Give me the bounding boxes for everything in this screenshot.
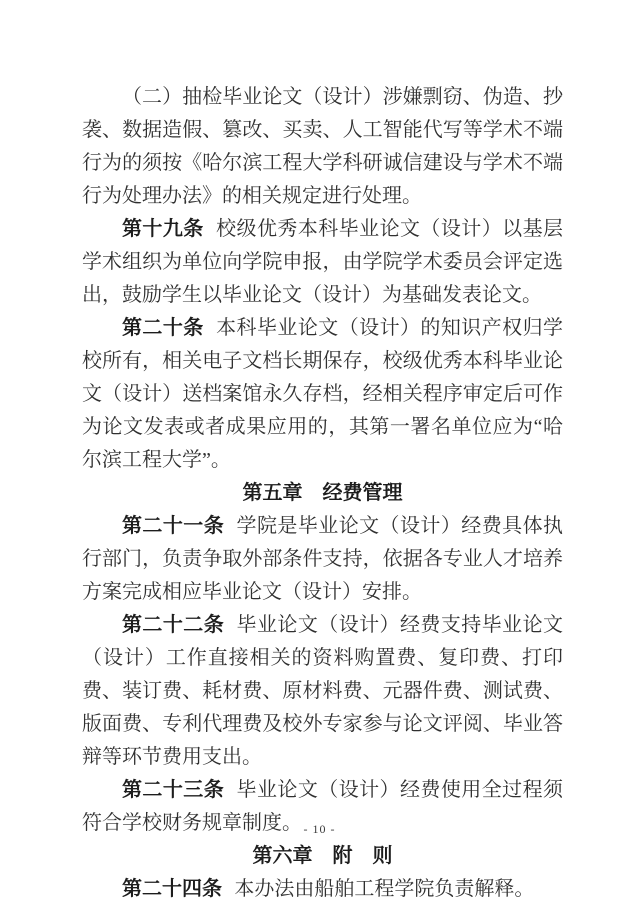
article-21: 第二十一条学院是毕业论文（设计）经费具体执行部门，负责争取外部条件支持，依据各专… — [82, 510, 563, 609]
clause-item-2: （二）抽检毕业论文（设计）涉嫌剽窃、伪造、抄袭、数据造假、篡改、买卖、人工智能代… — [82, 81, 563, 213]
article-24-text: 本办法由船舶工程学院负责解释。 — [234, 878, 534, 900]
clause-text: （二）抽检毕业论文（设计）涉嫌剽窃、伪造、抄袭、数据造假、篡改、买卖、人工智能代… — [82, 86, 563, 207]
article-22: 第二十二条毕业论文（设计）经费支持毕业论文（设计）工作直接相关的资料购置费、复印… — [82, 609, 563, 774]
article-21-number: 第二十一条 — [122, 515, 224, 537]
article-24-number: 第二十四条 — [122, 878, 222, 900]
article-23-number: 第二十三条 — [122, 779, 224, 801]
article-20-text: 本科毕业论文（设计）的知识产权归学校所有，相关电子文档长期保存，校级优秀本科毕业… — [82, 317, 563, 471]
article-20-number: 第二十条 — [122, 317, 204, 339]
article-20: 第二十条本科毕业论文（设计）的知识产权归学校所有，相关电子文档长期保存，校级优秀… — [82, 312, 563, 477]
chapter-5-heading: 第五章 经费管理 — [82, 477, 563, 510]
chapter-6-heading: 第六章 附 则 — [82, 840, 563, 873]
document-page: （二）抽检毕业论文（设计）涉嫌剽窃、伪造、抄袭、数据造假、篡改、买卖、人工智能代… — [0, 0, 639, 904]
page-number: - 10 - — [0, 822, 639, 837]
document-body: （二）抽检毕业论文（设计）涉嫌剽窃、伪造、抄袭、数据造假、篡改、买卖、人工智能代… — [82, 81, 563, 904]
article-19-number: 第十九条 — [122, 218, 204, 240]
article-24: 第二十四条本办法由船舶工程学院负责解释。 — [82, 873, 563, 904]
article-22-number: 第二十二条 — [122, 614, 224, 636]
article-19: 第十九条校级优秀本科毕业论文（设计）以基层学术组织为单位向学院申报，由学院学术委… — [82, 213, 563, 312]
article-22-text: 毕业论文（设计）经费支持毕业论文（设计）工作直接相关的资料购置费、复印费、打印费… — [82, 614, 563, 768]
